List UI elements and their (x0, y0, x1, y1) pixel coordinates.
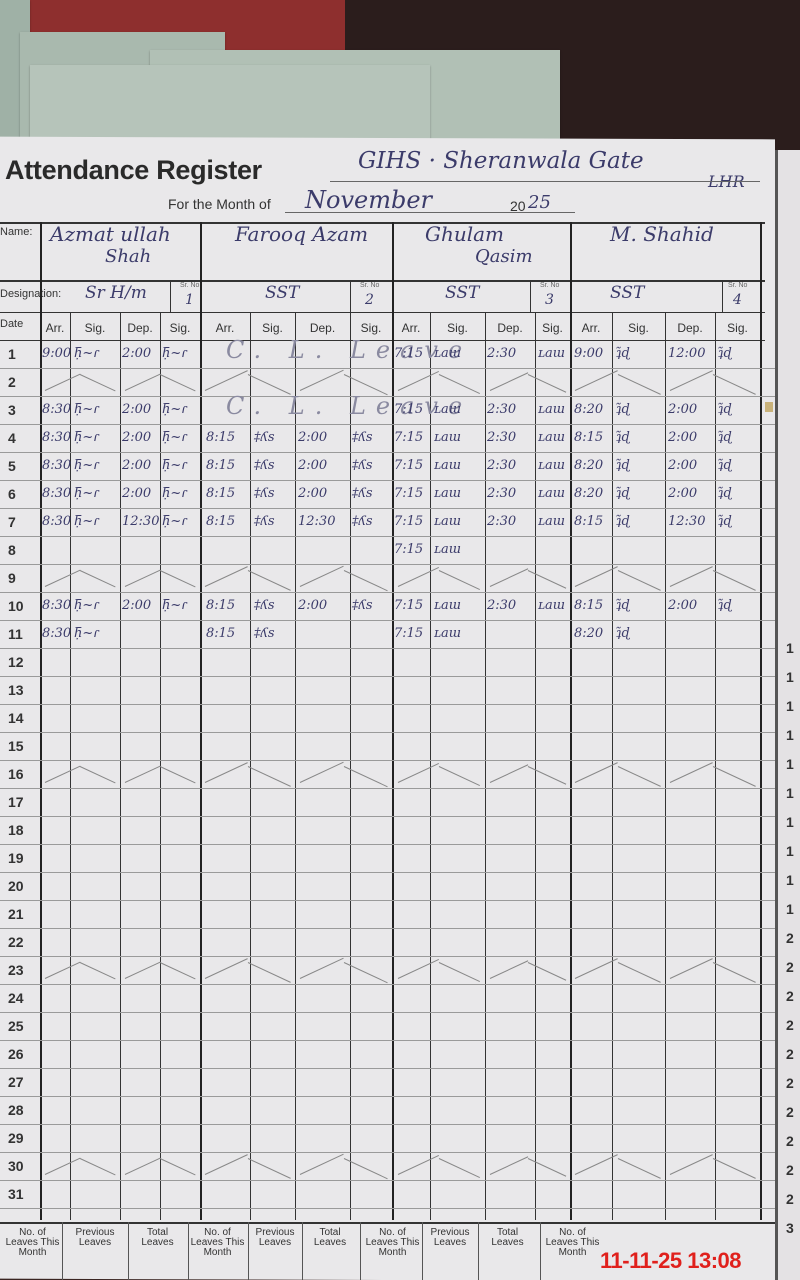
date-cell: 22 (8, 934, 24, 950)
arrival-time: 7:15 (394, 402, 423, 417)
arrival-time: 8:20 (574, 402, 603, 417)
month-value: November (305, 186, 432, 214)
grid-column-line (760, 222, 762, 1220)
date-cell: 3 (8, 402, 16, 418)
departure-time: 2:00 (122, 346, 151, 361)
column-header: Arr. (570, 321, 612, 335)
arrival-signature: ‡ʎs (254, 514, 275, 529)
sr-no-label: Sr. No (728, 282, 747, 289)
school-name: GIHS · Sheranwala Gate (358, 148, 644, 174)
arrival-signature: ʟaɯ (434, 514, 461, 529)
date-cell: 24 (8, 990, 24, 1006)
row-line (0, 1152, 775, 1153)
register-page (0, 137, 775, 1280)
row-line (0, 788, 775, 789)
staff-designation: Sr H/m (85, 283, 147, 303)
footer-divider (128, 1222, 129, 1280)
staff-name: M. Shahid (610, 222, 714, 246)
departure-time: 2:30 (487, 514, 516, 529)
departure-signature: ḥ̄~ɾ (162, 458, 187, 473)
departure-signature: ‡ʎs (352, 458, 373, 473)
row-line (0, 452, 775, 453)
row-line (0, 732, 775, 733)
arrival-time: 7:15 (394, 430, 423, 445)
adjacent-page-number: 2 (786, 1133, 794, 1149)
departure-signature: ḥ̄~ɾ (162, 486, 187, 501)
grid-column-line (295, 312, 296, 1220)
school-underline (330, 181, 760, 182)
sr-no-value: 2 (365, 292, 374, 308)
row-line (0, 1096, 775, 1097)
departure-time: 2:00 (668, 402, 697, 417)
arrival-time: 8:15 (206, 486, 235, 501)
row-line (0, 872, 775, 873)
grid-column-line (612, 312, 613, 1220)
arrival-time: 9:00 (574, 346, 603, 361)
adjacent-page-number: 1 (786, 727, 794, 743)
column-header: Sig. (70, 321, 120, 335)
departure-signature: ḥ̄~ɾ (162, 402, 187, 417)
departure-signature: ḥ̄~ɾ (162, 514, 187, 529)
adjacent-page-number: 2 (786, 1104, 794, 1120)
date-cell: 25 (8, 1018, 24, 1034)
arrival-signature: ʇ̃ɖ (616, 626, 630, 641)
grid-column-line (200, 222, 202, 1220)
departure-signature: ʟaɯ (538, 430, 565, 445)
arrival-signature: ‡ʎs (254, 626, 275, 641)
footer-divider (62, 1222, 63, 1280)
column-header: Sig. (250, 321, 295, 335)
sr-no-label: Sr. No (180, 282, 199, 289)
sr-no-divider (170, 280, 171, 312)
date-cell: 14 (8, 710, 24, 726)
row-line (0, 984, 775, 985)
row-line (0, 844, 775, 845)
departure-time: 2:00 (668, 598, 697, 613)
column-header: Sig. (612, 321, 665, 335)
row-line (0, 1208, 775, 1209)
departure-signature: ʟaɯ (538, 486, 565, 501)
column-header: Arr. (200, 321, 250, 335)
sr-no-divider (722, 280, 723, 312)
date-cell: 21 (8, 906, 24, 922)
row-line (0, 648, 775, 649)
arrival-time: 8:30 (42, 486, 71, 501)
sr-no-label: Sr. No (360, 282, 379, 289)
staff-name: Azmat ullah (50, 222, 171, 246)
arrival-time: 8:20 (574, 626, 603, 641)
arrival-signature: ʇ̃ɖ (616, 486, 630, 501)
arrival-time: 8:30 (42, 598, 71, 613)
column-header: Dep. (665, 321, 715, 335)
row-line (0, 592, 775, 593)
arrival-signature: ʟaɯ (434, 346, 461, 361)
arrival-signature: ḥ̄~ɾ (74, 346, 99, 361)
departure-time: 2:00 (298, 486, 327, 501)
column-header: Sig. (160, 321, 200, 335)
adjacent-page-number: 2 (786, 930, 794, 946)
staff-name: Ghulam (425, 222, 504, 246)
departure-time: 2:00 (668, 486, 697, 501)
arrival-time: 8:30 (42, 514, 71, 529)
footer-divider (422, 1222, 423, 1280)
departure-signature: ʇ̃ɖ (718, 514, 732, 529)
column-header: Sig. (430, 321, 485, 335)
adjacent-page: 111111111122222222223 (775, 150, 800, 1280)
arrival-time: 7:15 (394, 542, 423, 557)
arrival-signature: ḥ̄~ɾ (74, 514, 99, 529)
departure-signature: ʟaɯ (538, 458, 565, 473)
date-cell: 27 (8, 1074, 24, 1090)
arrival-time: 8:15 (206, 626, 235, 641)
arrival-signature: ʟaɯ (434, 458, 461, 473)
arrival-signature: ḥ̄~ɾ (74, 598, 99, 613)
row-line (0, 564, 775, 565)
arrival-signature: ḥ̄~ɾ (74, 486, 99, 501)
arrival-time: 7:15 (394, 598, 423, 613)
row-line (0, 1068, 775, 1069)
staff-designation: SST (445, 283, 479, 303)
arrival-signature: ḥ̄~ɾ (74, 402, 99, 417)
date-cell: 19 (8, 850, 24, 866)
adjacent-page-number: 1 (786, 698, 794, 714)
arrival-signature: ‡ʎs (254, 458, 275, 473)
arrival-signature: ʇ̃ɖ (616, 514, 630, 529)
row-line (0, 900, 775, 901)
staff-designation: SST (265, 283, 299, 303)
month-label: For the Month of (168, 196, 271, 212)
date-cell: 11 (8, 626, 23, 642)
row-line (0, 1012, 775, 1013)
arrival-signature: ʟaɯ (434, 598, 461, 613)
sr-no-divider (530, 280, 531, 312)
departure-signature: ‡ʎs (352, 598, 373, 613)
arrival-signature: ʟaɯ (434, 430, 461, 445)
adjacent-page-number: 1 (786, 756, 794, 772)
adjacent-page-number: 2 (786, 1191, 794, 1207)
footer-previous-leaves: Previous Leaves (65, 1228, 125, 1248)
footer-leaves-this-month: No. of Leaves This Month (190, 1228, 245, 1258)
adjacent-page-number: 2 (786, 988, 794, 1004)
departure-time: 2:00 (668, 430, 697, 445)
adjacent-page-number: 2 (786, 1017, 794, 1033)
footer-divider (248, 1222, 249, 1280)
row-line (0, 816, 775, 817)
date-label: Date (0, 318, 23, 330)
row-line (0, 928, 775, 929)
column-header: Dep. (485, 321, 535, 335)
departure-time: 2:30 (487, 346, 516, 361)
date-cell: 20 (8, 878, 24, 894)
departure-signature: ʟaɯ (538, 514, 565, 529)
staff-name-line2: Qasim (475, 246, 533, 267)
row-line (0, 676, 775, 677)
departure-signature: ‡ʎs (352, 514, 373, 529)
date-cell: 1 (8, 346, 16, 362)
grid-column-line (40, 222, 42, 1220)
arrival-signature: ʇ̃ɖ (616, 458, 630, 473)
departure-signature: ʟaɯ (538, 346, 565, 361)
departure-time: 12:00 (668, 346, 705, 361)
grid-column-line (392, 222, 394, 1220)
arrival-signature: ḥ̄~ɾ (74, 430, 99, 445)
row-line (0, 760, 775, 761)
adjacent-page-number: 1 (786, 640, 794, 656)
adjacent-page-number: 2 (786, 1075, 794, 1091)
arrival-time: 8:15 (206, 514, 235, 529)
footer-previous-leaves: Previous Leaves (250, 1228, 300, 1248)
date-cell: 9 (8, 570, 16, 586)
departure-time: 2:00 (122, 458, 151, 473)
grid-column-line (535, 312, 536, 1220)
register-title: Attendance Register (5, 155, 262, 186)
arrival-signature: ʇ̃ɖ (616, 598, 630, 613)
arrival-signature: ʟaɯ (434, 626, 461, 641)
row-line (0, 620, 775, 621)
departure-signature: ‡ʎs (352, 486, 373, 501)
date-cell: 17 (8, 794, 24, 810)
departure-time: 2:00 (668, 458, 697, 473)
departure-signature: ḥ̄~ɾ (162, 598, 187, 613)
adjacent-page-number: 2 (786, 959, 794, 975)
staff-name: Farooq Azam (235, 222, 368, 246)
date-cell: 5 (8, 458, 16, 474)
date-cell: 10 (8, 598, 24, 614)
arrival-signature: ʟaɯ (434, 402, 461, 417)
column-header: Sig. (715, 321, 760, 335)
date-cell: 28 (8, 1102, 24, 1118)
arrival-time: 7:15 (394, 346, 423, 361)
row-line (0, 704, 775, 705)
grid-column-line (350, 312, 351, 1220)
departure-signature: ʇ̃ɖ (718, 486, 732, 501)
date-cell: 2 (8, 374, 16, 390)
arrival-time: 8:15 (206, 430, 235, 445)
date-cell: 13 (8, 682, 24, 698)
arrival-time: 7:15 (394, 514, 423, 529)
column-header: Sig. (535, 321, 570, 335)
arrival-time: 8:20 (574, 458, 603, 473)
departure-time: 2:00 (122, 486, 151, 501)
row-line (0, 480, 775, 481)
footer-line (0, 1222, 775, 1224)
row-line (0, 424, 775, 425)
arrival-time: 8:30 (42, 402, 71, 417)
month-underline (285, 212, 575, 213)
grid-header-line (0, 280, 765, 282)
date-cell: 6 (8, 486, 16, 502)
sr-no-value: 4 (733, 292, 742, 308)
departure-time: 12:30 (298, 514, 335, 529)
departure-signature: ʟaɯ (538, 598, 565, 613)
date-cell: 12 (8, 654, 24, 670)
arrival-signature: ḥ̄~ɾ (74, 458, 99, 473)
footer-divider (302, 1222, 303, 1280)
departure-time: 2:30 (487, 598, 516, 613)
footer-divider (360, 1222, 361, 1280)
footer-total-leaves: Total Leaves (305, 1228, 355, 1248)
adjacent-page-number: 1 (786, 669, 794, 685)
date-cell: 31 (8, 1186, 24, 1202)
column-header: Dep. (295, 321, 350, 335)
date-cell: 7 (8, 514, 16, 530)
adjacent-page-number: 1 (786, 843, 794, 859)
designation-label: Designation: (0, 288, 61, 300)
departure-time: 2:30 (487, 430, 516, 445)
adjacent-page-number: 1 (786, 872, 794, 888)
arrival-signature: ʇ̃ɖ (616, 346, 630, 361)
arrival-time: 8:30 (42, 626, 71, 641)
arrival-time: 7:15 (394, 626, 423, 641)
footer-total-leaves: Total Leaves (130, 1228, 185, 1248)
footer-previous-leaves: Previous Leaves (425, 1228, 475, 1248)
arrival-signature: ‡ʎs (254, 598, 275, 613)
column-header: Dep. (120, 321, 160, 335)
staff-name-line2: Shah (105, 246, 151, 267)
sr-no-value: 3 (545, 292, 554, 308)
row-line (0, 368, 775, 369)
arrival-time: 7:15 (394, 486, 423, 501)
row-line (0, 536, 775, 537)
departure-time: 2:00 (298, 458, 327, 473)
footer-divider (540, 1222, 541, 1280)
row-line (0, 1124, 775, 1125)
grid-column-line (570, 222, 572, 1220)
grid-column-line (70, 312, 71, 1220)
departure-signature: ḥ̄~ɾ (162, 346, 187, 361)
date-cell: 23 (8, 962, 24, 978)
departure-signature: ḥ̄~ɾ (162, 430, 187, 445)
column-header: Arr. (40, 321, 70, 335)
adjacent-page-number: 1 (786, 785, 794, 801)
arrival-time: 8:15 (574, 514, 603, 529)
arrival-time: 8:15 (574, 598, 603, 613)
departure-time: 2:30 (487, 486, 516, 501)
arrival-time: 8:30 (42, 458, 71, 473)
arrival-signature: ‡ʎs (254, 486, 275, 501)
sr-no-label: Sr. No (540, 282, 559, 289)
departure-time: 12:30 (122, 514, 159, 529)
date-cell: 29 (8, 1130, 24, 1146)
staff-designation: SST (610, 283, 644, 303)
adjacent-page-number: 2 (786, 1162, 794, 1178)
staple-mark (765, 402, 773, 412)
departure-time: 2:30 (487, 458, 516, 473)
departure-signature: ʇ̃ɖ (718, 346, 732, 361)
date-cell: 16 (8, 766, 24, 782)
grid-header-line (0, 312, 765, 313)
photo-timestamp: 11-11-25 13:08 (600, 1248, 741, 1274)
footer-divider (478, 1222, 479, 1280)
departure-signature: ʇ̃ɖ (718, 598, 732, 613)
year-value: 25 (528, 192, 551, 213)
departure-signature: ʇ̃ɖ (718, 402, 732, 417)
row-line (0, 1040, 775, 1041)
arrival-signature: ʇ̃ɖ (616, 430, 630, 445)
name-label: Name: (0, 226, 32, 238)
arrival-signature: ʟaɯ (434, 542, 461, 557)
arrival-time: 9:00 (42, 346, 71, 361)
sr-no-value: 1 (185, 292, 194, 308)
departure-time: 12:30 (668, 514, 705, 529)
footer-divider (188, 1222, 189, 1280)
departure-signature: ʇ̃ɖ (718, 430, 732, 445)
adjacent-page-number: 3 (786, 1220, 794, 1236)
departure-time: 2:00 (122, 430, 151, 445)
footer-leaves-this-month: No. of Leaves This Month (5, 1228, 60, 1258)
arrival-time: 7:15 (394, 458, 423, 473)
sr-no-divider (350, 280, 351, 312)
adjacent-page-number: 1 (786, 901, 794, 917)
footer-total-leaves: Total Leaves (480, 1228, 535, 1248)
date-cell: 18 (8, 822, 24, 838)
date-cell: 4 (8, 430, 16, 446)
adjacent-page-number: 2 (786, 1046, 794, 1062)
grid-column-line (485, 312, 486, 1220)
adjacent-page-number: 1 (786, 814, 794, 830)
footer-leaves-this-month: No. of Leaves This Month (365, 1228, 420, 1258)
row-line (0, 956, 775, 957)
arrival-signature: ʇ̃ɖ (616, 402, 630, 417)
arrival-signature: ḥ̄~ɾ (74, 626, 99, 641)
row-line (0, 1180, 775, 1181)
date-cell: 8 (8, 542, 16, 558)
footer-leaves-this-month: No. of Leaves This Month (545, 1228, 600, 1258)
grid-column-line (120, 312, 121, 1220)
grid-column-line (665, 312, 666, 1220)
date-cell: 26 (8, 1046, 24, 1062)
date-cell: 15 (8, 738, 24, 754)
arrival-time: 8:15 (206, 458, 235, 473)
column-header: Arr. (392, 321, 430, 335)
arrival-time: 8:20 (574, 486, 603, 501)
departure-time: 2:30 (487, 402, 516, 417)
departure-signature: ‡ʎs (352, 430, 373, 445)
row-line (0, 508, 775, 509)
date-cell: 30 (8, 1158, 24, 1174)
arrival-time: 8:15 (206, 598, 235, 613)
column-header: Sig. (350, 321, 392, 335)
departure-time: 2:00 (298, 598, 327, 613)
departure-signature: ʇ̃ɖ (718, 458, 732, 473)
arrival-time: 8:15 (574, 430, 603, 445)
arrival-time: 8:30 (42, 430, 71, 445)
folder (30, 65, 430, 145)
departure-time: 2:00 (122, 402, 151, 417)
arrival-signature: ʟaɯ (434, 486, 461, 501)
departure-time: 2:00 (298, 430, 327, 445)
departure-signature: ʟaɯ (538, 402, 565, 417)
arrival-signature: ‡ʎs (254, 430, 275, 445)
departure-time: 2:00 (122, 598, 151, 613)
